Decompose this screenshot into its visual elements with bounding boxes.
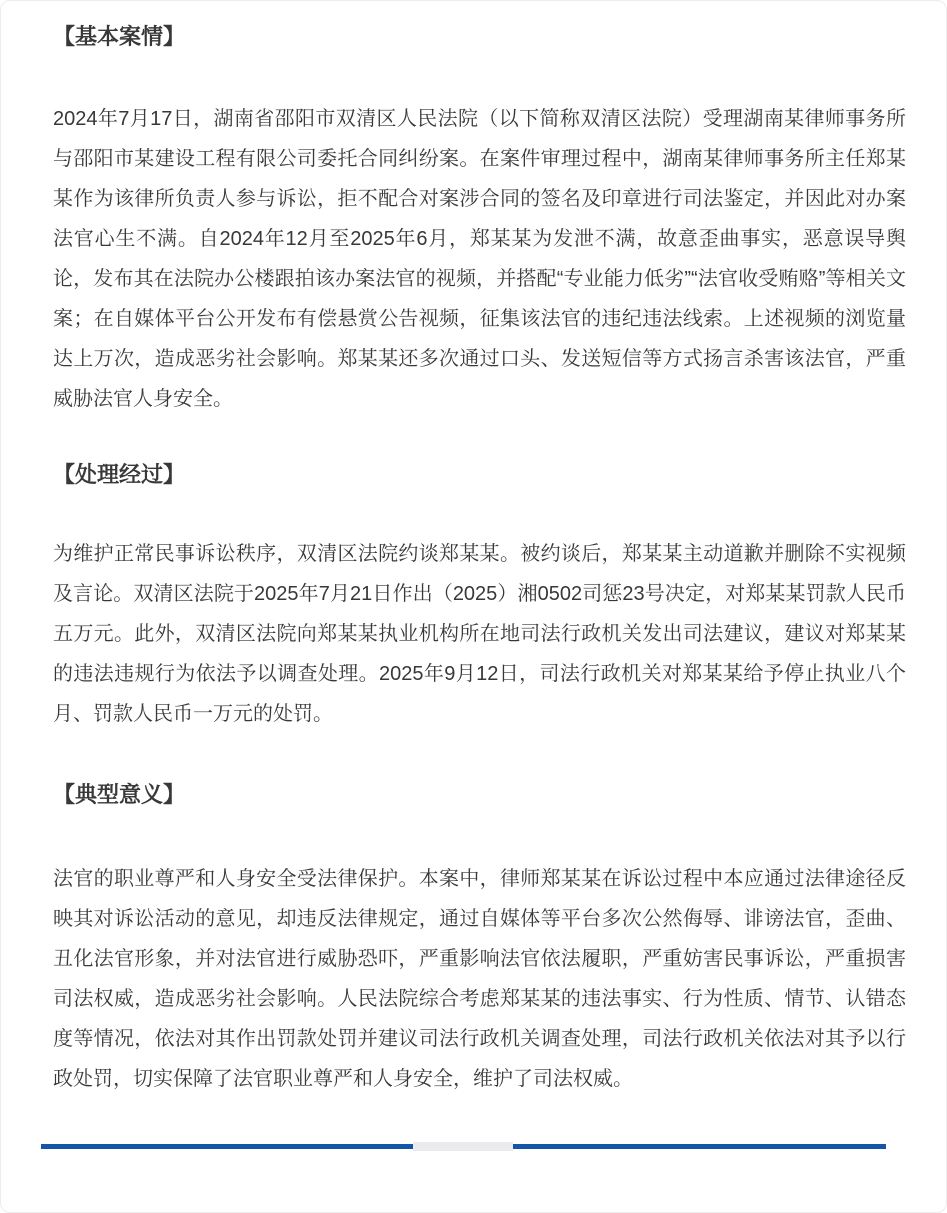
section-heading-handling-process: 【处理经过】: [53, 460, 906, 490]
document-page: 【基本案情】 2024年7月17日，湖南省邵阳市双清区人民法院（以下简称双清区法…: [0, 0, 947, 1213]
section-handling-process: 【处理经过】 为维护正常民事诉讼秩序，双清区法院约谈郑某某。被约谈后，郑某某主动…: [53, 460, 906, 734]
bottom-divider: [41, 1142, 886, 1151]
section-paragraph-handling-process: 为维护正常民事诉讼秩序，双清区法院约谈郑某某。被约谈后，郑某某主动道歉并删除不实…: [53, 534, 906, 734]
section-heading-typical-significance: 【典型意义】: [53, 780, 906, 810]
section-paragraph-basic-facts: 2024年7月17日，湖南省邵阳市双清区人民法院（以下简称双清区法院）受理湖南某…: [53, 99, 906, 419]
section-typical-significance: 【典型意义】 法官的职业尊严和人身安全受法律保护。本案中，律师郑某某在诉讼过程中…: [53, 780, 906, 1099]
section-paragraph-typical-significance: 法官的职业尊严和人身安全受法律保护。本案中，律师郑某某在诉讼过程中本应通过法律途…: [53, 859, 906, 1099]
section-heading-basic-facts: 【基本案情】: [53, 22, 906, 52]
divider-center-tab: [413, 1142, 513, 1151]
section-basic-facts: 【基本案情】 2024年7月17日，湖南省邵阳市双清区人民法院（以下简称双清区法…: [53, 22, 906, 419]
